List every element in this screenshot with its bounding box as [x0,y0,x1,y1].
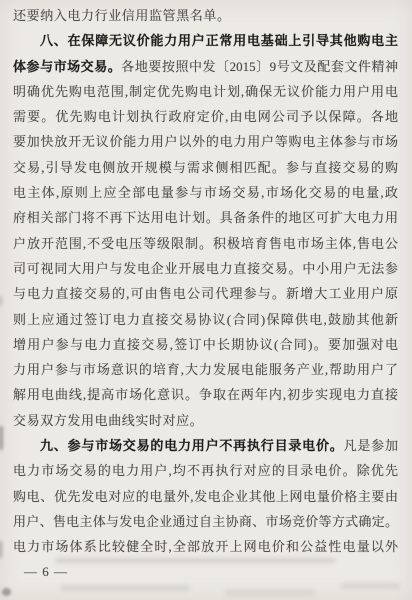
scan-smudge [340,583,400,589]
text-segment: 购电、优先发电对应的电量外,发电企业其他上网电量价格主要由 [13,489,398,504]
text-line: 明确优先购电范围,制定优先购电计划,确保无议价能力用户用电 [13,79,398,104]
text-segment: 还要纳入电力行业信用监管黑名单。 [13,8,231,23]
scan-smudge [60,585,190,591]
text-line: 司可视同大用户与发电企业开展电力直接交易。中小用户无法参 [13,256,398,281]
text-segment: 交易双方发用电曲线实时对应。 [13,413,203,428]
heading-segment: 九、参与市场交易的电力用户不再执行目录电价。 [40,438,344,453]
text-line: 户放开范围,不受电压等级限制。积极培育售电市场主体,售电公 [13,231,398,256]
document-page: 还要纳入电力行业信用监管黑名单。八、在保障无议价能力用户正常用电基础上引导其他购… [0,0,412,600]
scan-smudge [0,541,2,558]
text-line: 交易双方发用电曲线实时对应。 [13,408,398,433]
text-line: 府相关部门将不再下达用电计划。具备条件的地区可扩大电力用 [13,205,398,230]
text-line: 交易,引导发电侧放开规模与需求侧相匹配。参与直接交易的购 [13,155,398,180]
text-line: 还要纳入电力行业信用监管黑名单。 [13,3,398,28]
text-line: 体参与市场交易。各地要按照中发〔2015〕9号文及配套文件精神 [13,54,398,79]
text-line: 与电力直接交易的,可由售电公司代理参与。新增大工业用户原 [13,281,398,306]
text-line: 解用电曲线,提高市场化意识。争取在两年内,初步实现电力直接 [13,382,398,407]
text-segment: 电力市场体系比较健全时,全部放开上网电价和公益性电量以外 [13,539,398,554]
text-segment: 要加快放开无议价能力用户以外的电力用户等购电主体参与市场 [13,134,398,149]
text-segment: 户放开范围,不受电压等级限制。积极培育售电市场主体,售电公 [13,236,398,251]
document-lines: 还要纳入电力行业信用监管黑名单。八、在保障无议价能力用户正常用电基础上引导其他购… [13,3,398,560]
text-segment: 交易,引导发电侧放开规模与需求侧相匹配。参与直接交易的购 [13,160,398,175]
page-number: — 6 — [24,564,68,580]
text-segment: 电力市场交易的电力用户,均不再执行对应的目录电价。除优先 [13,463,398,478]
text-line: 购电、优先发电对应的电量外,发电企业其他上网电量价格主要由 [13,484,398,509]
text-line: 力用户参与市场意识的培育,大力发展电能服务产业,帮助用户了 [13,357,398,382]
text-line: 要加快放开无议价能力用户以外的电力用户等购电主体参与市场 [13,129,398,154]
text-segment: 增用户参与电力直接交易,签订中长期协议(合同)。要加强对电 [13,337,398,352]
heading-segment: 体参与市场交易。 [13,59,121,74]
text-line: 电力市场体系比较健全时,全部放开上网电价和公益性电量以外 [13,534,398,559]
text-segment: 力用户参与市场意识的培育,大力发展电能服务产业,帮助用户了 [13,362,398,377]
text-segment: 明确优先购电范围,制定优先购电计划,确保无议价能力用户用电 [13,84,398,99]
text-line: 需要。优先购电计划执行政府定价,由电网公司予以保障。各地 [13,104,398,129]
text-segment: 府相关部门将不再下达用电计划。具备条件的地区可扩大电力用 [13,210,398,225]
text-segment: 电主体,原则上应全部电量参与市场交易,市场化交易的电量,政 [13,185,398,200]
scan-smudge [0,426,3,450]
text-line: 用户、售电主体与发电企业通过自主协商、市场竞价等方式确定。 [13,509,398,534]
text-segment: 用户、售电主体与发电企业通过自主协商、市场竞价等方式确定。 [13,514,398,529]
text-segment: 解用电曲线,提高市场化意识。争取在两年内,初步实现电力直接 [13,387,398,402]
text-segment: 司可视同大用户与发电企业开展电力直接交易。中小用户无法参 [13,261,398,276]
heading-segment: 八、在保障无议价能力用户正常用电基础上引导其他购电主 [40,33,398,48]
text-segment: 需要。优先购电计划执行政府定价,由电网公司予以保障。各地 [13,109,398,124]
text-segment: 凡是参加 [344,438,398,453]
text-line: 九、参与市场交易的电力用户不再执行目录电价。凡是参加 [13,433,398,458]
text-line: 电主体,原则上应全部电量参与市场交易,市场化交易的电量,政 [13,180,398,205]
text-segment: 则上应通过签订电力直接交易协议(合同)保障供电,鼓励其他新 [13,312,398,327]
scan-smudge [2,588,11,596]
text-line: 八、在保障无议价能力用户正常用电基础上引导其他购电主 [13,28,398,53]
text-line: 电力市场交易的电力用户,均不再执行对应的目录电价。除优先 [13,458,398,483]
scan-smudge [225,590,315,595]
text-segment: 与电力直接交易的,可由售电公司代理参与。新增大工业用户原 [13,286,398,301]
text-line: 增用户参与电力直接交易,签订中长期协议(合同)。要加强对电 [13,332,398,357]
text-segment: 各地要按照中发〔2015〕9号文及配套文件精神 [121,59,398,74]
scan-smudge [0,296,2,306]
text-line: 则上应通过签订电力直接交易协议(合同)保障供电,鼓励其他新 [13,307,398,332]
